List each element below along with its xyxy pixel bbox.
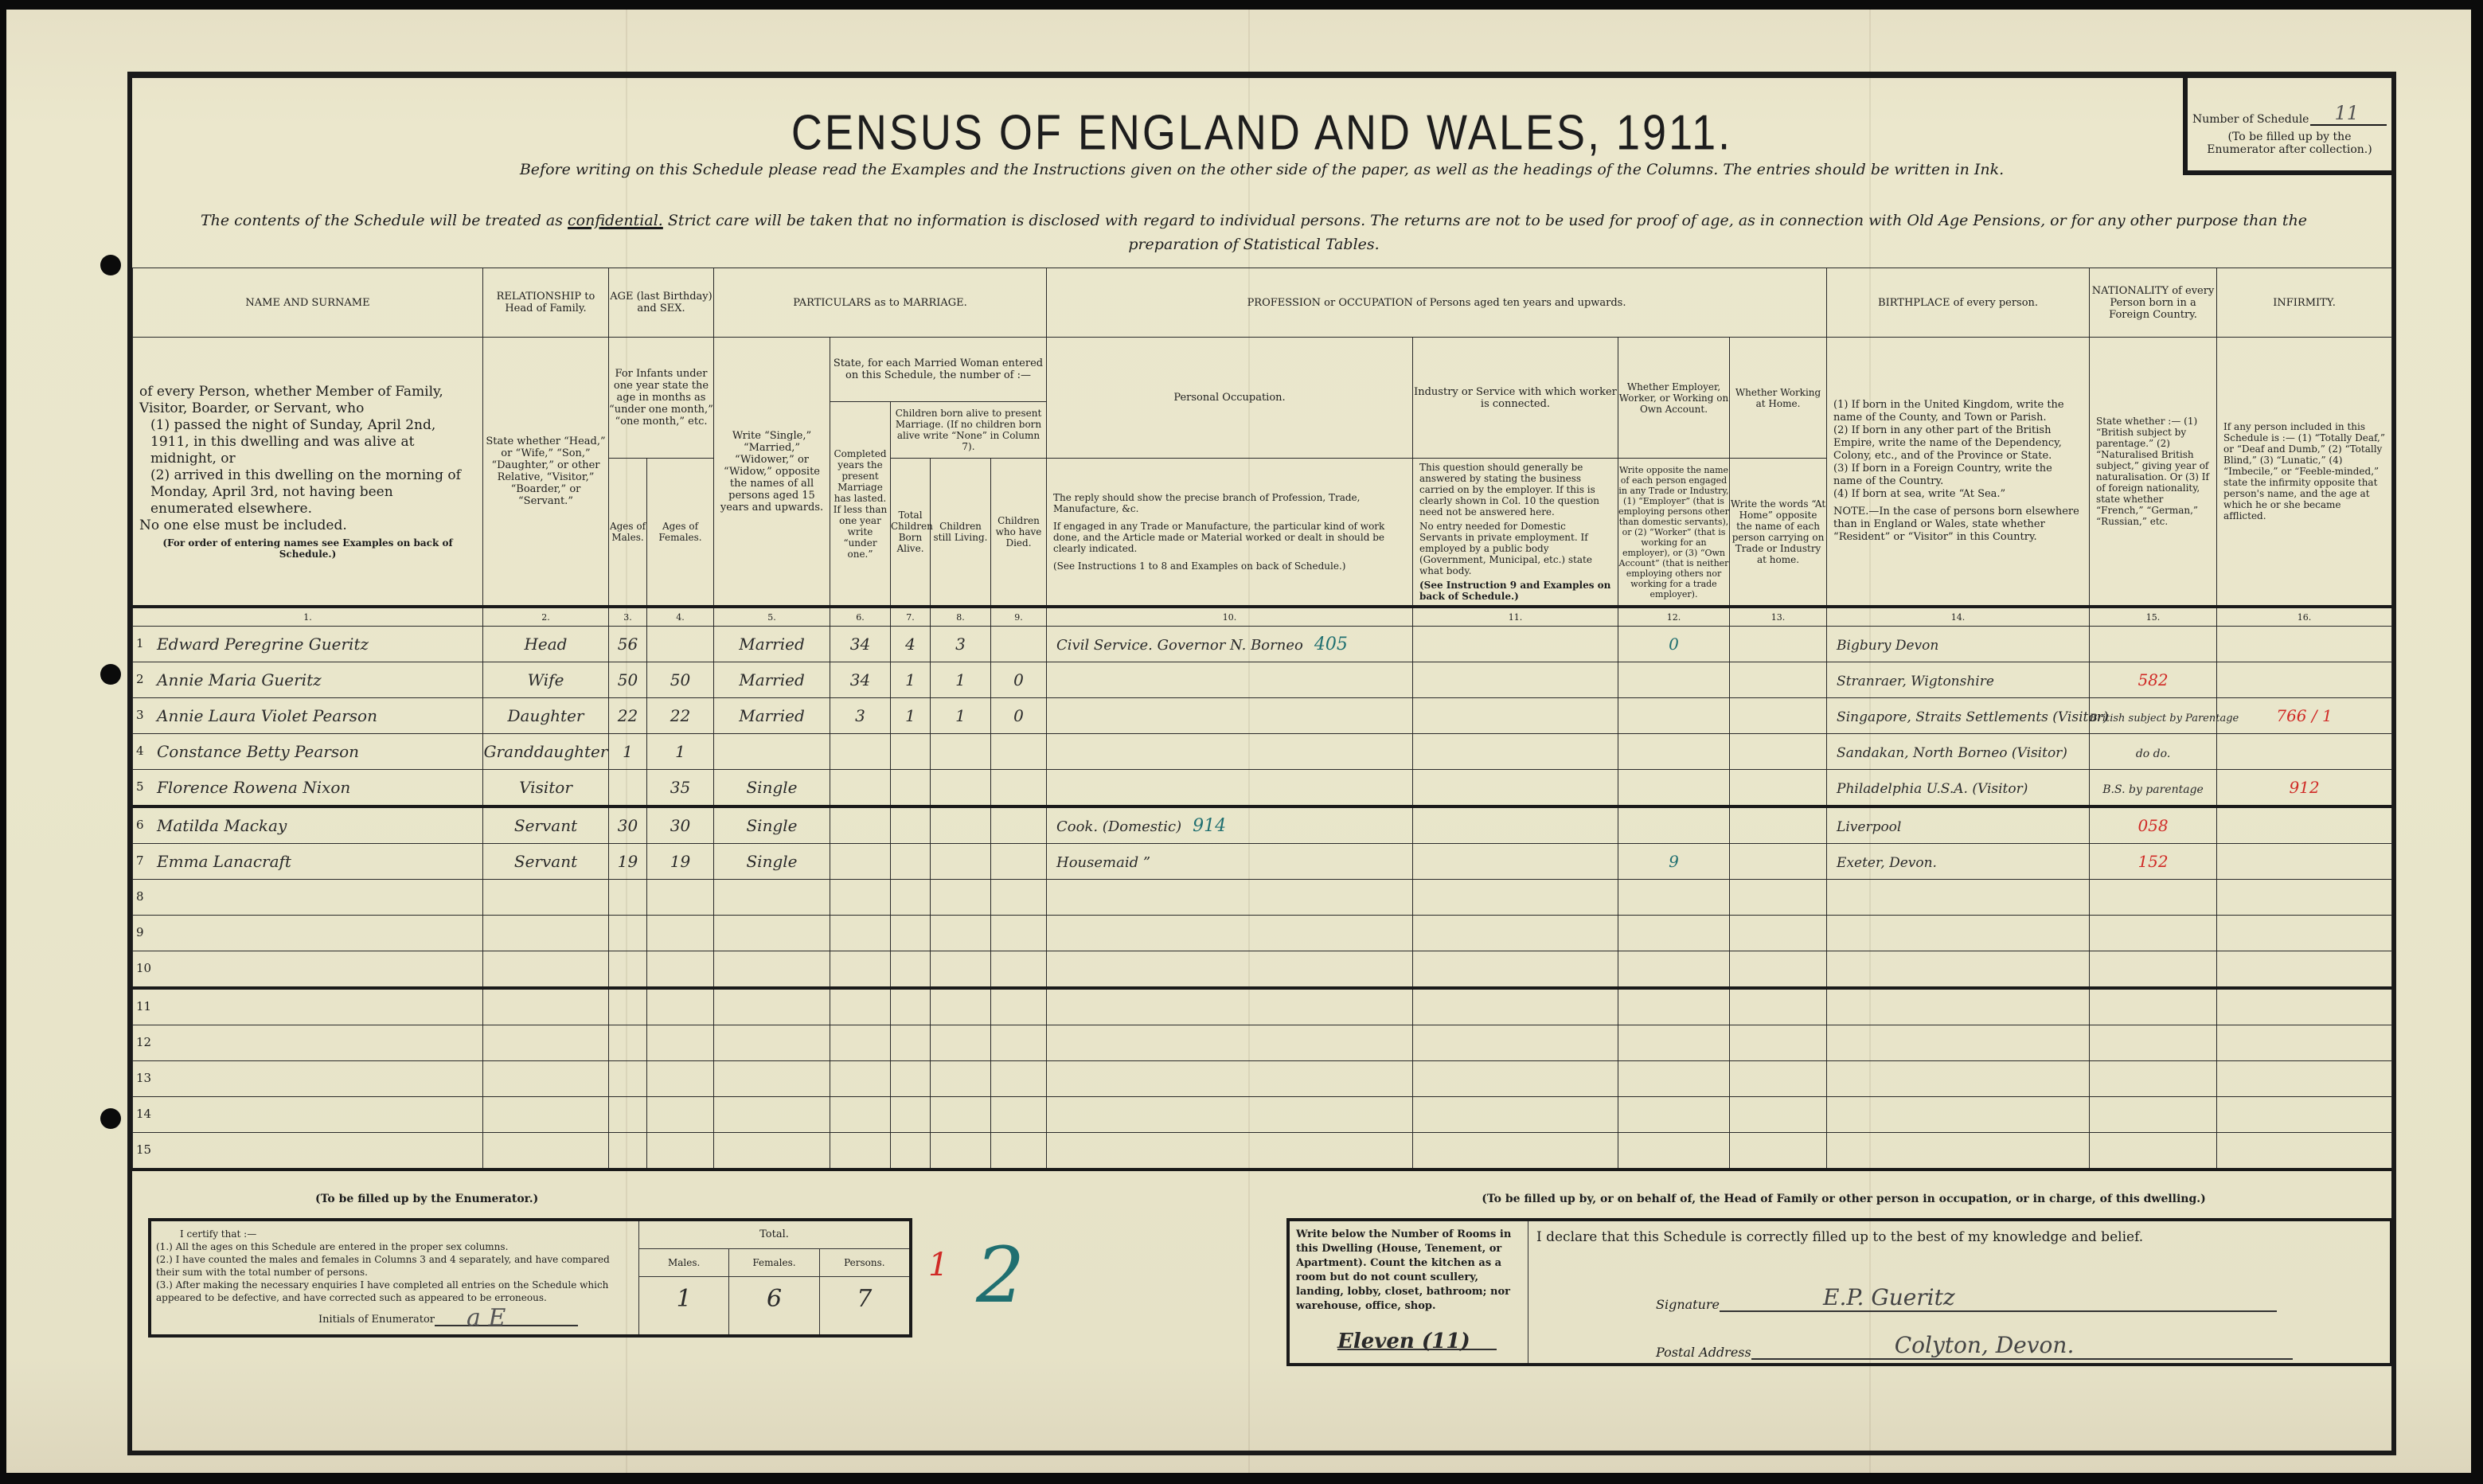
birthplace-cell[interactable] — [1827, 1097, 2090, 1133]
children-born-cell[interactable] — [891, 1133, 931, 1170]
occupation-cell[interactable] — [1047, 770, 1413, 807]
children-living-cell[interactable] — [931, 988, 991, 1025]
industry-cell[interactable] — [1413, 627, 1618, 662]
children-died-cell[interactable] — [991, 1097, 1047, 1133]
marital-status-cell[interactable] — [714, 1025, 830, 1061]
children-living-cell[interactable] — [931, 1133, 991, 1170]
declaration-box: Write below the Number of Rooms in this … — [1286, 1218, 2393, 1366]
birthplace-cell[interactable]: Stranraer, Wigtonshire — [1827, 662, 2090, 698]
children-died-cell[interactable] — [991, 988, 1047, 1025]
industry-cell[interactable] — [1413, 806, 1618, 844]
relationship-cell[interactable] — [483, 880, 609, 916]
age-female-cell[interactable] — [647, 1097, 714, 1133]
row-number: 8 — [136, 889, 144, 904]
row-number: 6 — [136, 818, 144, 832]
employment-status-cell[interactable] — [1618, 698, 1730, 734]
industry-cell[interactable] — [1413, 1097, 1618, 1133]
employment-status-cell[interactable] — [1618, 916, 1730, 951]
marriage-years-cell[interactable] — [830, 770, 891, 807]
relationship-cell[interactable] — [483, 988, 609, 1025]
nationality-cell[interactable]: B.S. by parentage — [2090, 770, 2217, 807]
at-home-cell[interactable] — [1730, 951, 1827, 989]
industry-cell[interactable] — [1413, 916, 1618, 951]
marital-status-cell[interactable]: Married — [714, 698, 830, 734]
name-cell[interactable]: 14 — [133, 1097, 483, 1133]
birthplace-cell[interactable] — [1827, 1133, 2090, 1170]
at-home-cell[interactable] — [1730, 627, 1827, 662]
nationality-cell[interactable] — [2090, 1025, 2217, 1061]
relationship-cell[interactable] — [483, 1025, 609, 1061]
children-died-cell[interactable] — [991, 1061, 1047, 1097]
infirmity-cell[interactable] — [2217, 916, 2392, 951]
marriage-years-cell[interactable] — [830, 844, 891, 880]
age-female-cell[interactable] — [647, 988, 714, 1025]
children-died-cell[interactable] — [991, 806, 1047, 844]
at-home-instructions: Write the words “At Home” opposite the n… — [1730, 459, 1827, 607]
birthplace-cell[interactable]: Exeter, Devon. — [1827, 844, 2090, 880]
at-home-cell[interactable] — [1730, 770, 1827, 807]
header-relationship: RELATIONSHIP to Head of Family. — [483, 268, 609, 338]
header-children-born: Total Children Born Alive. — [891, 459, 931, 607]
table-row: 15 — [133, 1133, 2392, 1170]
at-home-cell[interactable] — [1730, 1061, 1827, 1097]
employment-status-cell[interactable]: 9 — [1618, 844, 1730, 880]
marital-status-instructions: Write “Single,” “Married,” “Widower,” or… — [714, 338, 830, 607]
employment-status-cell[interactable] — [1618, 1097, 1730, 1133]
marriage-years-cell[interactable] — [830, 1133, 891, 1170]
occupation-cell[interactable] — [1047, 698, 1413, 734]
age-male-cell[interactable] — [609, 951, 647, 989]
age-male-cell[interactable] — [609, 1025, 647, 1061]
relationship-cell[interactable] — [483, 951, 609, 989]
industry-cell[interactable] — [1413, 698, 1618, 734]
marriage-years-cell[interactable]: 3 — [830, 698, 891, 734]
employment-status-cell[interactable] — [1618, 734, 1730, 770]
marital-status-cell[interactable] — [714, 916, 830, 951]
age-female-cell[interactable]: 50 — [647, 662, 714, 698]
at-home-cell[interactable] — [1730, 844, 1827, 880]
name-cell[interactable]: 9 — [133, 916, 483, 951]
industry-cell[interactable] — [1413, 1061, 1618, 1097]
marriage-years-cell[interactable] — [830, 880, 891, 916]
children-born-cell[interactable] — [891, 1061, 931, 1097]
employment-status-cell[interactable] — [1618, 951, 1730, 989]
marital-status-cell[interactable] — [714, 951, 830, 989]
marital-status-cell[interactable]: Single — [714, 770, 830, 807]
marital-status-cell[interactable] — [714, 988, 830, 1025]
children-born-cell[interactable] — [891, 1097, 931, 1133]
birthplace-cell[interactable]: Liverpool — [1827, 806, 2090, 844]
industry-cell[interactable] — [1413, 1133, 1618, 1170]
header-children-died: Children who have Died. — [991, 459, 1047, 607]
children-born-cell[interactable]: 4 — [891, 627, 931, 662]
birthplace-cell[interactable]: Singapore, Straits Settlements (Visitor) — [1827, 698, 2090, 734]
age-male-cell[interactable] — [609, 1097, 647, 1133]
name-cell[interactable]: 11 — [133, 988, 483, 1025]
table-row: 6Matilda MackayServant3030SingleCook. (D… — [133, 806, 2392, 844]
relationship-cell[interactable] — [483, 1097, 609, 1133]
totals-grid: Total. Males.1 Females.6 Persons.7 — [638, 1221, 909, 1334]
occupation-cell[interactable] — [1047, 1133, 1413, 1170]
relationship-cell[interactable] — [483, 1133, 609, 1170]
age-female-cell[interactable]: 30 — [647, 806, 714, 844]
nationality-cell[interactable] — [2090, 1133, 2217, 1170]
children-born-cell[interactable]: 1 — [891, 662, 931, 698]
occupation-cell[interactable] — [1047, 988, 1413, 1025]
occupation-code-annotation: 914 — [1193, 816, 1226, 836]
children-died-cell[interactable]: 0 — [991, 662, 1047, 698]
birthplace-cell[interactable] — [1827, 951, 2090, 989]
occupation-cell[interactable] — [1047, 734, 1413, 770]
children-born-cell[interactable] — [891, 844, 931, 880]
married-woman-instructions: State, for each Married Woman entered on… — [830, 338, 1047, 402]
nationality-cell[interactable]: British subject by Parentage — [2090, 698, 2217, 734]
employment-status-cell[interactable]: 0 — [1618, 627, 1730, 662]
signature-field[interactable]: Signature E.P. Gueritz — [1656, 1290, 2277, 1312]
table-row: 3Annie Laura Violet PearsonDaughter2222M… — [133, 698, 2392, 734]
total-males[interactable]: 1 — [639, 1277, 728, 1334]
employment-status-cell[interactable] — [1618, 988, 1730, 1025]
marital-status-cell[interactable] — [714, 1097, 830, 1133]
total-persons[interactable]: 7 — [820, 1277, 909, 1334]
postal-address-field[interactable]: Postal Address Colyton, Devon. — [1656, 1338, 2293, 1360]
nationality-cell[interactable] — [2090, 1061, 2217, 1097]
industry-cell[interactable] — [1413, 770, 1618, 807]
schedule-number-field[interactable]: 11 — [2334, 102, 2359, 124]
infirmity-cell[interactable] — [2217, 1133, 2392, 1170]
children-died-cell[interactable]: 0 — [991, 698, 1047, 734]
employer-instructions: Write opposite the name of each person e… — [1618, 459, 1730, 607]
header-ages-males: Ages of Males. — [609, 459, 647, 607]
nationality-cell[interactable] — [2090, 951, 2217, 989]
nationality-cell[interactable]: 582 — [2090, 662, 2217, 698]
at-home-cell[interactable] — [1730, 880, 1827, 916]
age-female-cell[interactable]: 1 — [647, 734, 714, 770]
enumerator-certificate: I certify that :— (1.) All the ages on t… — [148, 1218, 912, 1338]
name-cell[interactable]: 13 — [133, 1061, 483, 1097]
name-cell[interactable]: 3Annie Laura Violet Pearson — [133, 698, 483, 734]
relationship-cell[interactable] — [483, 916, 609, 951]
at-home-cell[interactable] — [1730, 988, 1827, 1025]
children-living-cell[interactable] — [931, 916, 991, 951]
age-female-cell[interactable] — [647, 1025, 714, 1061]
relationship-instructions: State whether “Head,” or “Wife,” “Son,” … — [483, 338, 609, 607]
marriage-years-cell[interactable] — [830, 916, 891, 951]
enumerator-initials: a E — [467, 1312, 506, 1325]
children-living-cell[interactable] — [931, 1097, 991, 1133]
birthplace-cell[interactable] — [1827, 988, 2090, 1025]
age-female-cell[interactable] — [647, 951, 714, 989]
employment-status-cell[interactable] — [1618, 770, 1730, 807]
birthplace-instructions: (1) If born in the United Kingdom, write… — [1827, 338, 2090, 607]
margin-annotation-red: 1 — [928, 1247, 948, 1283]
relationship-cell[interactable]: Daughter — [483, 698, 609, 734]
children-born-cell[interactable] — [891, 1025, 931, 1061]
age-instructions: For Infants under one year state the age… — [609, 338, 714, 459]
infirmity-cell[interactable] — [2217, 951, 2392, 989]
children-died-cell[interactable] — [991, 1025, 1047, 1061]
nationality-cell[interactable] — [2090, 916, 2217, 951]
age-male-cell[interactable] — [609, 770, 647, 807]
children-born-cell[interactable] — [891, 880, 931, 916]
relationship-cell[interactable] — [483, 1061, 609, 1097]
occupation-cell[interactable] — [1047, 1025, 1413, 1061]
infirmity-cell[interactable] — [2217, 806, 2392, 844]
marriage-years-cell[interactable] — [830, 1097, 891, 1133]
age-female-cell[interactable] — [647, 916, 714, 951]
marriage-years-cell[interactable] — [830, 1025, 891, 1061]
row-number: 7 — [136, 853, 144, 868]
employment-status-cell[interactable] — [1618, 806, 1730, 844]
marriage-years-cell[interactable]: 34 — [830, 627, 891, 662]
age-male-cell[interactable]: 19 — [609, 844, 647, 880]
children-living-cell[interactable] — [931, 806, 991, 844]
at-home-cell[interactable] — [1730, 698, 1827, 734]
employment-status-cell[interactable] — [1618, 662, 1730, 698]
relationship-cell[interactable]: Visitor — [483, 770, 609, 807]
header-employer-worker: Whether Employer, Worker, or Working on … — [1618, 338, 1730, 459]
name-cell[interactable]: 2Annie Maria Gueritz — [133, 662, 483, 698]
schedule-number-note: (To be filled up by the Enumerator after… — [2188, 131, 2391, 156]
schedule-number-box: Number of Schedule 11 (To be filled up b… — [2183, 72, 2396, 175]
infirmity-cell[interactable]: 766 / 1 — [2217, 698, 2392, 734]
rooms-count-field[interactable]: Eleven (11) — [1337, 1334, 1497, 1350]
marital-status-cell[interactable] — [714, 1133, 830, 1170]
row-number: 15 — [136, 1142, 151, 1157]
infirmity-cell[interactable] — [2217, 662, 2392, 698]
employment-status-cell[interactable] — [1618, 1133, 1730, 1170]
industry-cell[interactable] — [1413, 662, 1618, 698]
age-male-cell[interactable] — [609, 1061, 647, 1097]
name-cell[interactable]: 8 — [133, 880, 483, 916]
children-living-cell[interactable] — [931, 770, 991, 807]
enumerator-caption: (To be filled up by the Enumerator.) — [315, 1193, 538, 1205]
children-born-cell[interactable] — [891, 988, 931, 1025]
children-living-cell[interactable] — [931, 734, 991, 770]
children-died-cell[interactable] — [991, 770, 1047, 807]
at-home-cell[interactable] — [1730, 662, 1827, 698]
at-home-cell[interactable] — [1730, 1097, 1827, 1133]
occupation-cell[interactable] — [1047, 880, 1413, 916]
infirmity-instructions: If any person included in this Schedule … — [2217, 338, 2392, 607]
column-numbers: 1.2.3.4.5.6.7.8.9.10.11.12.13.14.15.16. — [133, 607, 2392, 627]
at-home-cell[interactable] — [1730, 734, 1827, 770]
children-born-cell[interactable]: 1 — [891, 698, 931, 734]
table-row: 1Edward Peregrine GueritzHead56Married34… — [133, 627, 2392, 662]
industry-cell[interactable] — [1413, 988, 1618, 1025]
margin-annotation-blue: 2 — [976, 1231, 1025, 1320]
occupation-cell[interactable] — [1047, 662, 1413, 698]
marriage-years-cell[interactable] — [830, 806, 891, 844]
occupation-cell[interactable] — [1047, 1097, 1413, 1133]
nationality-cell[interactable] — [2090, 988, 2217, 1025]
marital-status-cell[interactable] — [714, 1061, 830, 1097]
schedule-number-label: Number of Schedule — [2192, 113, 2309, 126]
occupation-cell[interactable] — [1047, 951, 1413, 989]
age-female-cell[interactable] — [647, 627, 714, 662]
header-occupation: PROFESSION or OCCUPATION of Persons aged… — [1047, 268, 1827, 338]
age-male-cell[interactable] — [609, 916, 647, 951]
marriage-years-cell[interactable] — [830, 1061, 891, 1097]
birthplace-cell[interactable] — [1827, 1061, 2090, 1097]
children-born-cell[interactable] — [891, 916, 931, 951]
children-living-cell[interactable]: 1 — [931, 698, 991, 734]
children-died-cell[interactable] — [991, 916, 1047, 951]
industry-cell[interactable] — [1413, 880, 1618, 916]
employment-status-cell[interactable] — [1618, 1061, 1730, 1097]
age-female-cell[interactable] — [647, 1133, 714, 1170]
marital-status-cell[interactable]: Married — [714, 627, 830, 662]
children-born-cell[interactable] — [891, 951, 931, 989]
name-cell[interactable]: 10 — [133, 951, 483, 989]
header-infirmity: INFIRMITY. — [2217, 268, 2392, 338]
marital-status-cell[interactable]: Single — [714, 844, 830, 880]
children-living-cell[interactable]: 3 — [931, 627, 991, 662]
row-number: 9 — [136, 925, 144, 939]
nationality-cell[interactable] — [2090, 880, 2217, 916]
children-died-cell[interactable] — [991, 951, 1047, 989]
birthplace-cell[interactable] — [1827, 1025, 2090, 1061]
marital-status-cell[interactable]: Married — [714, 662, 830, 698]
marriage-years-cell[interactable]: 34 — [830, 662, 891, 698]
occupation-cell[interactable]: Civil Service. Governor N. Borneo405 — [1047, 627, 1413, 662]
nationality-cell[interactable] — [2090, 1097, 2217, 1133]
marital-status-cell[interactable] — [714, 880, 830, 916]
age-male-cell[interactable]: 22 — [609, 698, 647, 734]
infirmity-cell[interactable] — [2217, 1097, 2392, 1133]
marital-status-cell[interactable]: Single — [714, 806, 830, 844]
children-died-cell[interactable] — [991, 627, 1047, 662]
name-cell[interactable]: 5Florence Rowena Nixon — [133, 770, 483, 807]
infirmity-cell[interactable] — [2217, 734, 2392, 770]
birthplace-cell[interactable] — [1827, 916, 2090, 951]
age-male-cell[interactable]: 1 — [609, 734, 647, 770]
children-living-cell[interactable] — [931, 1025, 991, 1061]
children-born-cell[interactable] — [891, 806, 931, 844]
age-male-cell[interactable] — [609, 880, 647, 916]
relationship-cell[interactable]: Granddaughter — [483, 734, 609, 770]
marriage-years-cell[interactable] — [830, 734, 891, 770]
header-children-living: Children still Living. — [931, 459, 991, 607]
relationship-cell[interactable]: Wife — [483, 662, 609, 698]
birthplace-cell[interactable]: Philadelphia U.S.A. (Visitor) — [1827, 770, 2090, 807]
table-row: 9 — [133, 916, 2392, 951]
table-row: 4Constance Betty PearsonGranddaughter11S… — [133, 734, 2392, 770]
header-industry: Industry or Service with which worker is… — [1413, 338, 1618, 459]
birthplace-cell[interactable]: Bigbury Devon — [1827, 627, 2090, 662]
name-cell[interactable]: 7Emma Lanacraft — [133, 844, 483, 880]
occupation-instructions: The reply should show the precise branch… — [1047, 459, 1413, 607]
nationality-cell[interactable]: do do. — [2090, 734, 2217, 770]
table-row: 11 — [133, 988, 2392, 1025]
age-male-cell[interactable]: 30 — [609, 806, 647, 844]
children-died-cell[interactable] — [991, 734, 1047, 770]
birthplace-cell[interactable] — [1827, 880, 2090, 916]
infirmity-cell[interactable] — [2217, 627, 2392, 662]
age-female-cell[interactable]: 19 — [647, 844, 714, 880]
name-cell[interactable]: 15 — [133, 1133, 483, 1170]
marriage-years-cell[interactable] — [830, 951, 891, 989]
infirmity-cell[interactable] — [2217, 844, 2392, 880]
age-female-cell[interactable]: 35 — [647, 770, 714, 807]
infirmity-cell[interactable] — [2217, 1025, 2392, 1061]
occupation-cell[interactable]: Housemaid ” — [1047, 844, 1413, 880]
infirmity-cell[interactable]: 912 — [2217, 770, 2392, 807]
children-born-cell[interactable] — [891, 770, 931, 807]
header-name: NAME AND SURNAME — [133, 268, 483, 338]
punch-hole-icon — [100, 255, 121, 275]
marriage-years-instructions: Completed years the present Marriage has… — [830, 402, 891, 607]
at-home-cell[interactable] — [1730, 806, 1827, 844]
name-instructions: of every Person, whether Member of Famil… — [133, 338, 483, 607]
nationality-instructions: State whether :— (1) “British subject by… — [2090, 338, 2217, 607]
children-living-cell[interactable] — [931, 844, 991, 880]
age-female-cell[interactable]: 22 — [647, 698, 714, 734]
birthplace-cell[interactable]: Sandakan, North Borneo (Visitor) — [1827, 734, 2090, 770]
children-born-cell[interactable] — [891, 734, 931, 770]
industry-cell[interactable] — [1413, 1025, 1618, 1061]
occupation-cell[interactable] — [1047, 1061, 1413, 1097]
name-cell[interactable]: 6Matilda Mackay — [133, 806, 483, 844]
children-died-cell[interactable] — [991, 844, 1047, 880]
relationship-cell[interactable]: Head — [483, 627, 609, 662]
name-cell[interactable]: 12 — [133, 1025, 483, 1061]
age-female-cell[interactable] — [647, 1061, 714, 1097]
at-home-cell[interactable] — [1730, 916, 1827, 951]
table-row: 7Emma LanacraftServant1919SingleHousemai… — [133, 844, 2392, 880]
age-male-cell[interactable] — [609, 1133, 647, 1170]
infirmity-cell[interactable] — [2217, 880, 2392, 916]
relationship-cell[interactable]: Servant — [483, 844, 609, 880]
nationality-cell[interactable]: 152 — [2090, 844, 2217, 880]
age-male-cell[interactable]: 50 — [609, 662, 647, 698]
at-home-cell[interactable] — [1730, 1025, 1827, 1061]
children-living-cell[interactable]: 1 — [931, 662, 991, 698]
industry-cell[interactable] — [1413, 951, 1618, 989]
name-cell[interactable]: 4Constance Betty Pearson — [133, 734, 483, 770]
marriage-years-cell[interactable] — [830, 988, 891, 1025]
marital-status-cell[interactable] — [714, 734, 830, 770]
occupation-cell[interactable] — [1047, 916, 1413, 951]
industry-cell[interactable] — [1413, 734, 1618, 770]
confidentiality-notice: The contents of the Schedule will be tre… — [164, 209, 2344, 256]
relationship-cell[interactable]: Servant — [483, 806, 609, 844]
children-died-cell[interactable] — [991, 1133, 1047, 1170]
declaration-text: I declare that this Schedule is correctl… — [1536, 1229, 2143, 1245]
children-living-cell[interactable] — [931, 951, 991, 989]
name-cell[interactable]: 1Edward Peregrine Gueritz — [133, 627, 483, 662]
children-living-cell[interactable] — [931, 1061, 991, 1097]
initials-field[interactable]: Initials of Enumerator a E — [318, 1304, 578, 1326]
age-male-cell[interactable] — [609, 988, 647, 1025]
age-male-cell[interactable]: 56 — [609, 627, 647, 662]
infirmity-cell[interactable] — [2217, 1061, 2392, 1097]
nationality-cell[interactable] — [2090, 627, 2217, 662]
infirmity-cell[interactable] — [2217, 988, 2392, 1025]
employment-status-cell[interactable] — [1618, 880, 1730, 916]
age-female-cell[interactable] — [647, 880, 714, 916]
nationality-cell[interactable]: 058 — [2090, 806, 2217, 844]
row-number: 13 — [136, 1071, 151, 1085]
at-home-cell[interactable] — [1730, 1133, 1827, 1170]
industry-cell[interactable] — [1413, 844, 1618, 880]
children-living-cell[interactable] — [931, 880, 991, 916]
header-working-at-home: Whether Working at Home. — [1730, 338, 1827, 459]
total-females[interactable]: 6 — [729, 1277, 818, 1334]
employment-status-cell[interactable] — [1618, 1025, 1730, 1061]
occupation-cell[interactable]: Cook. (Domestic)914 — [1047, 806, 1413, 844]
children-died-cell[interactable] — [991, 880, 1047, 916]
